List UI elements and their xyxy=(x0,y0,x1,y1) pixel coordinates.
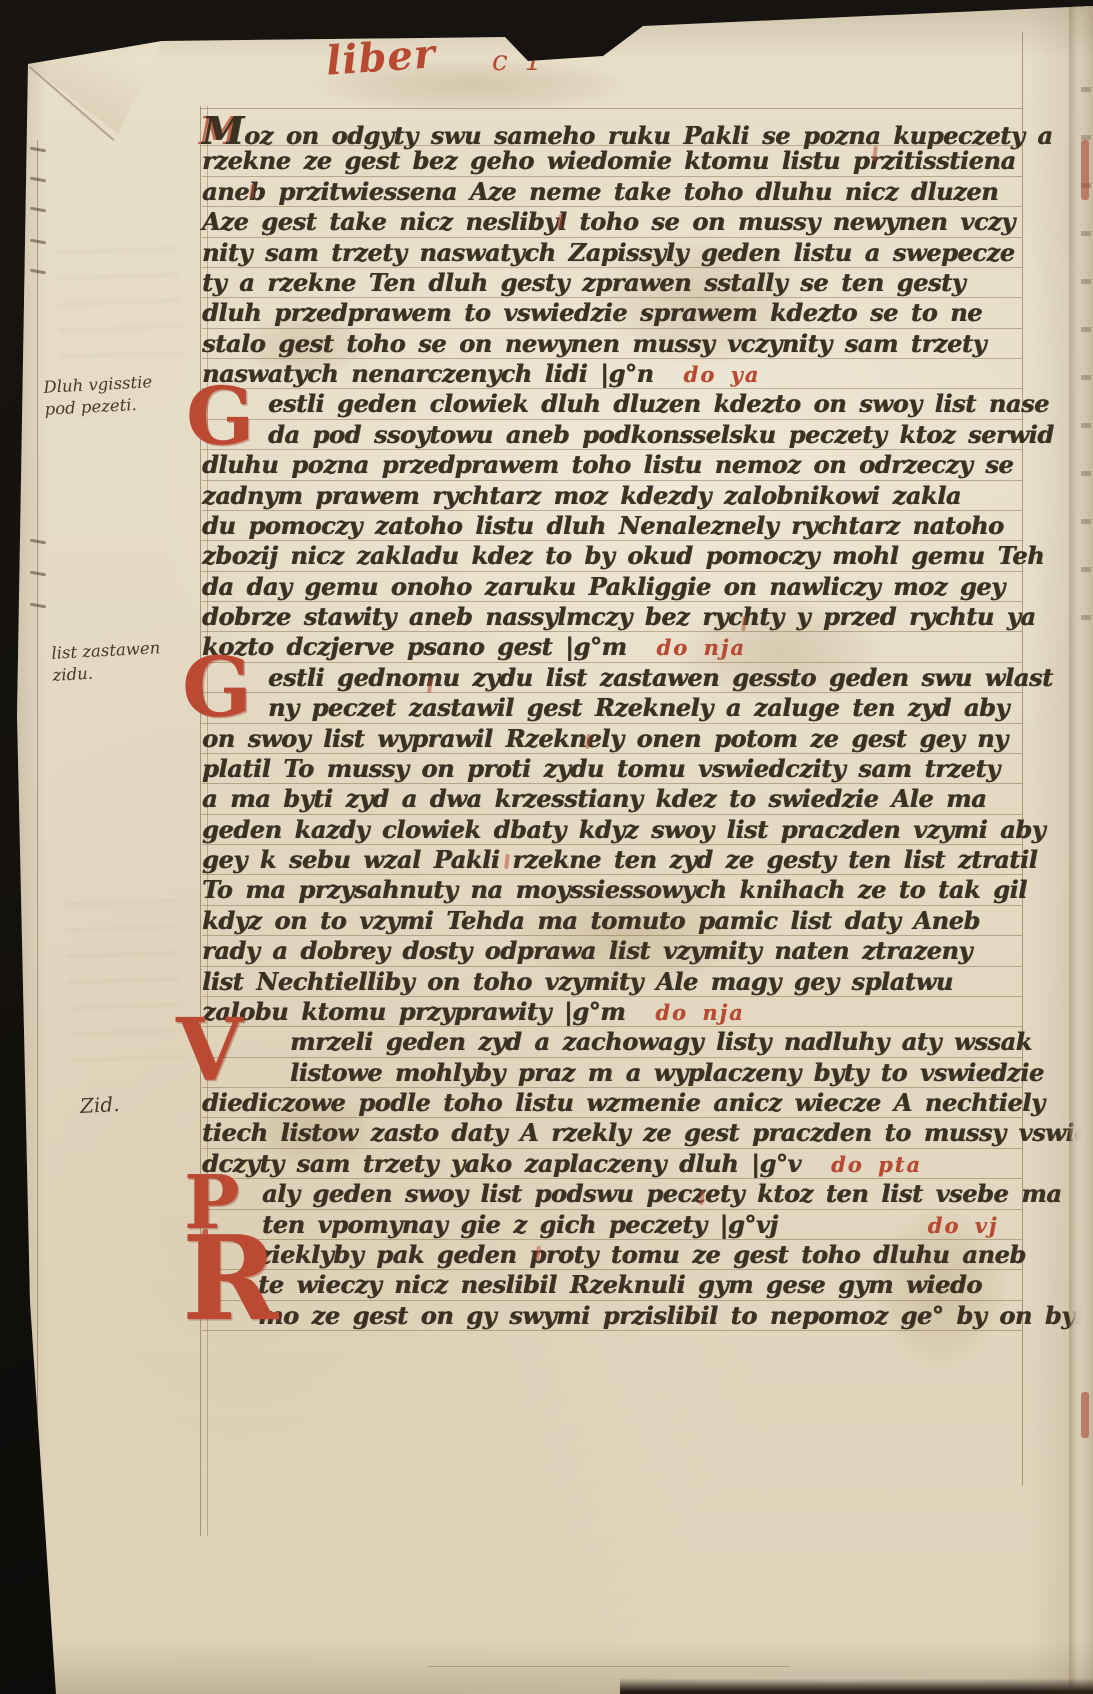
rubric-reference: do nja xyxy=(656,635,745,660)
paragraph-1: Moz on odgyty swu sameho ruku Pakli se p… xyxy=(202,116,1022,389)
show-through xyxy=(65,888,183,1062)
margin-note-line: pod pezeti. xyxy=(44,393,154,421)
text-line: Moz on odgyty swu sameho ruku Pakli se p… xyxy=(202,116,1022,146)
initial-letter: G xyxy=(186,383,254,449)
text-line: zbozij nicz zakladu kdez to by okud pomo… xyxy=(202,541,1022,571)
initial-letter: R xyxy=(182,1232,278,1326)
text-line: a ma byti zyd a dwa krzesstiany kdez to … xyxy=(202,784,1022,814)
binding-stitch xyxy=(30,207,46,213)
binding-stitch xyxy=(30,571,46,577)
text-line: da pod ssoytowu aneb podkonsselsku pecze… xyxy=(202,420,1022,450)
text-line: zieklyby pak geden proty tomu ze gest to… xyxy=(202,1240,1022,1270)
text-line: zadnym prawem rychtarz moz kdezdy zalobn… xyxy=(202,481,1022,511)
manuscript-page: liber c 1° Dluh vgisstie pod pezeti. lis… xyxy=(0,0,1093,1694)
ruling-line-left-margin xyxy=(37,140,38,1560)
text-line: rady a dobrey dosty odprawa list vzymity… xyxy=(202,936,1022,966)
text-line: dluh przedprawem to vswiedzie sprawem kd… xyxy=(202,298,1022,328)
text-block: Moz on odgyty swu sameho ruku Pakli se p… xyxy=(202,116,1022,1331)
binding-stitch xyxy=(30,269,46,275)
line-text: mo ze gest on gy swymi przislibil to nep… xyxy=(258,1301,1083,1330)
initial-letter: G xyxy=(182,655,252,721)
text-line: geden kazdy clowiek dbaty kdyz swoy list… xyxy=(202,815,1022,845)
photo-backdrop: liber c 1° Dluh vgisstie pod pezeti. lis… xyxy=(0,0,1093,1694)
text-line: stalo gest toho se on newynen mussy vczy… xyxy=(202,329,1022,359)
text-line: kdyz on to vzymi Tehda ma tomuto pamic l… xyxy=(202,906,1022,936)
paragraph-2: G estli geden clowiek dluh dluzen kdezto… xyxy=(202,389,1022,662)
text-line: dluhu pozna przedprawem toho listu nemoz… xyxy=(202,450,1022,480)
paragraph-5: P aly geden swoy list podswu peczety kto… xyxy=(202,1179,1022,1240)
text-line: estli geden clowiek dluh dluzen kdezto o… xyxy=(202,389,1022,419)
text-line: zalobu ktomu przyprawity |g°mdo nja xyxy=(202,997,1022,1027)
rubric-reference: do ya xyxy=(684,362,761,387)
rubric-reference: do vj xyxy=(928,1213,999,1238)
margin-note-line: zidu. xyxy=(52,659,162,687)
margin-note-3: Zid. xyxy=(79,1093,120,1117)
binding-stitch xyxy=(30,177,46,183)
parchment-stain xyxy=(260,50,680,120)
text-line: naswatych nenarczenych lidi |g°ndo ya xyxy=(202,359,1022,389)
margin-note-2: list zastawen zidu. xyxy=(51,637,162,687)
text-line: platil To mussy on proti zydu tomu vswie… xyxy=(202,754,1022,784)
text-line: dczyty sam trzety yako zaplaczeny dluh |… xyxy=(202,1149,1022,1179)
text-line: list Nechtielliby on toho vzymity Ale ma… xyxy=(202,967,1022,997)
text-line: te wieczy nicz neslibil Rzeknuli gym ges… xyxy=(202,1270,1022,1300)
line-text: naswatych nenarczenych lidi |g°n xyxy=(202,359,654,388)
next-page-rubric-hint xyxy=(1081,1392,1089,1438)
text-line: tiech listow zasto daty A rzekly ze gest… xyxy=(202,1118,1022,1148)
show-through xyxy=(56,234,182,358)
page-bottom-shadow xyxy=(620,1678,1093,1694)
paragraph-4: V mrzeli geden zyd a zachowagy listy nad… xyxy=(202,1027,1022,1179)
text-line: mo ze gest on gy swymi przislibil to nep… xyxy=(202,1301,1022,1331)
line-text: zalobu ktomu przyprawity |g°m xyxy=(202,997,625,1026)
line-text: dczyty sam trzety yako zaplaczeny dluh |… xyxy=(202,1149,801,1178)
rubric-reference: do pta xyxy=(831,1152,922,1177)
ruling-line-bottom xyxy=(428,1666,790,1667)
chapter-mark: c 1° xyxy=(492,44,564,77)
text-line: du pomoczy zatoho listu dluh Nenaleznely… xyxy=(202,511,1022,541)
text-line: aneb przitwiessena Aze neme take toho dl… xyxy=(202,177,1022,207)
initial-letter: V xyxy=(176,1017,243,1085)
margin-note-1: Dluh vgisstie pod pezeti. xyxy=(43,371,154,421)
text-line: estli gednomu zydu list zastawen gessto … xyxy=(202,663,1022,693)
text-line: kozto dczjerve psano gest |g°mdo nja xyxy=(202,632,1022,662)
text-line: listowe mohlyby praz m a wyplaczeny byty… xyxy=(202,1058,1022,1088)
text-line: nity sam trzety naswatych Zapissyly gede… xyxy=(202,238,1022,268)
text-line: da day gemu onoho zaruku Pakliggie on na… xyxy=(202,572,1022,602)
line-text: kozto dczjerve psano gest |g°m xyxy=(202,632,626,661)
line-text: ten vpomynay gie z gich peczety |g°vj xyxy=(262,1210,778,1239)
rubric-reference: do nja xyxy=(655,1000,744,1025)
text-line: gey k sebu wzal Pakli rzekne ten zyd ze … xyxy=(202,845,1022,875)
text-line: mrzeli geden zyd a zachowagy listy nadlu… xyxy=(202,1027,1022,1057)
text-line: ty a rzekne Ten dluh gesty zprawen sstal… xyxy=(202,268,1022,298)
running-title: liber xyxy=(324,30,437,85)
text-line: Aze gest take nicz neslibyl toho se on m… xyxy=(202,207,1022,237)
text-line: diediczowe podle toho listu wzmenie anic… xyxy=(202,1088,1022,1118)
text-line: on swoy list wyprawil Rzeknely onen poto… xyxy=(202,724,1022,754)
binding-stitch xyxy=(30,603,46,609)
text-line: To ma przysahnuty na moyssiessowych knih… xyxy=(202,875,1022,905)
ruling-line-top xyxy=(200,108,1023,109)
folded-corner xyxy=(0,0,220,190)
text-line: ten vpomynay gie z gich peczety |g°vjdo … xyxy=(202,1210,1022,1240)
text-line: dobrze stawity aneb nassylmczy bez rycht… xyxy=(202,602,1022,632)
next-page-rubric-hint xyxy=(1081,140,1089,200)
binding-stitch xyxy=(30,239,46,245)
binding-stitch xyxy=(30,147,46,153)
text-line: aly geden swoy list podswu peczety ktoz … xyxy=(202,1179,1022,1209)
text-line: rzekne ze gest bez geho wiedomie ktomu l… xyxy=(202,146,1022,176)
binding-stitch xyxy=(30,539,46,545)
paragraph-6: R zieklyby pak geden proty tomu ze gest … xyxy=(202,1240,1022,1331)
paragraph-3: G estli gednomu zydu list zastawen gesst… xyxy=(202,663,1022,1028)
text-line: ny peczet zastawil gest Rzeknely a zalug… xyxy=(202,693,1022,723)
margin-note-line: Zid. xyxy=(79,1093,120,1117)
